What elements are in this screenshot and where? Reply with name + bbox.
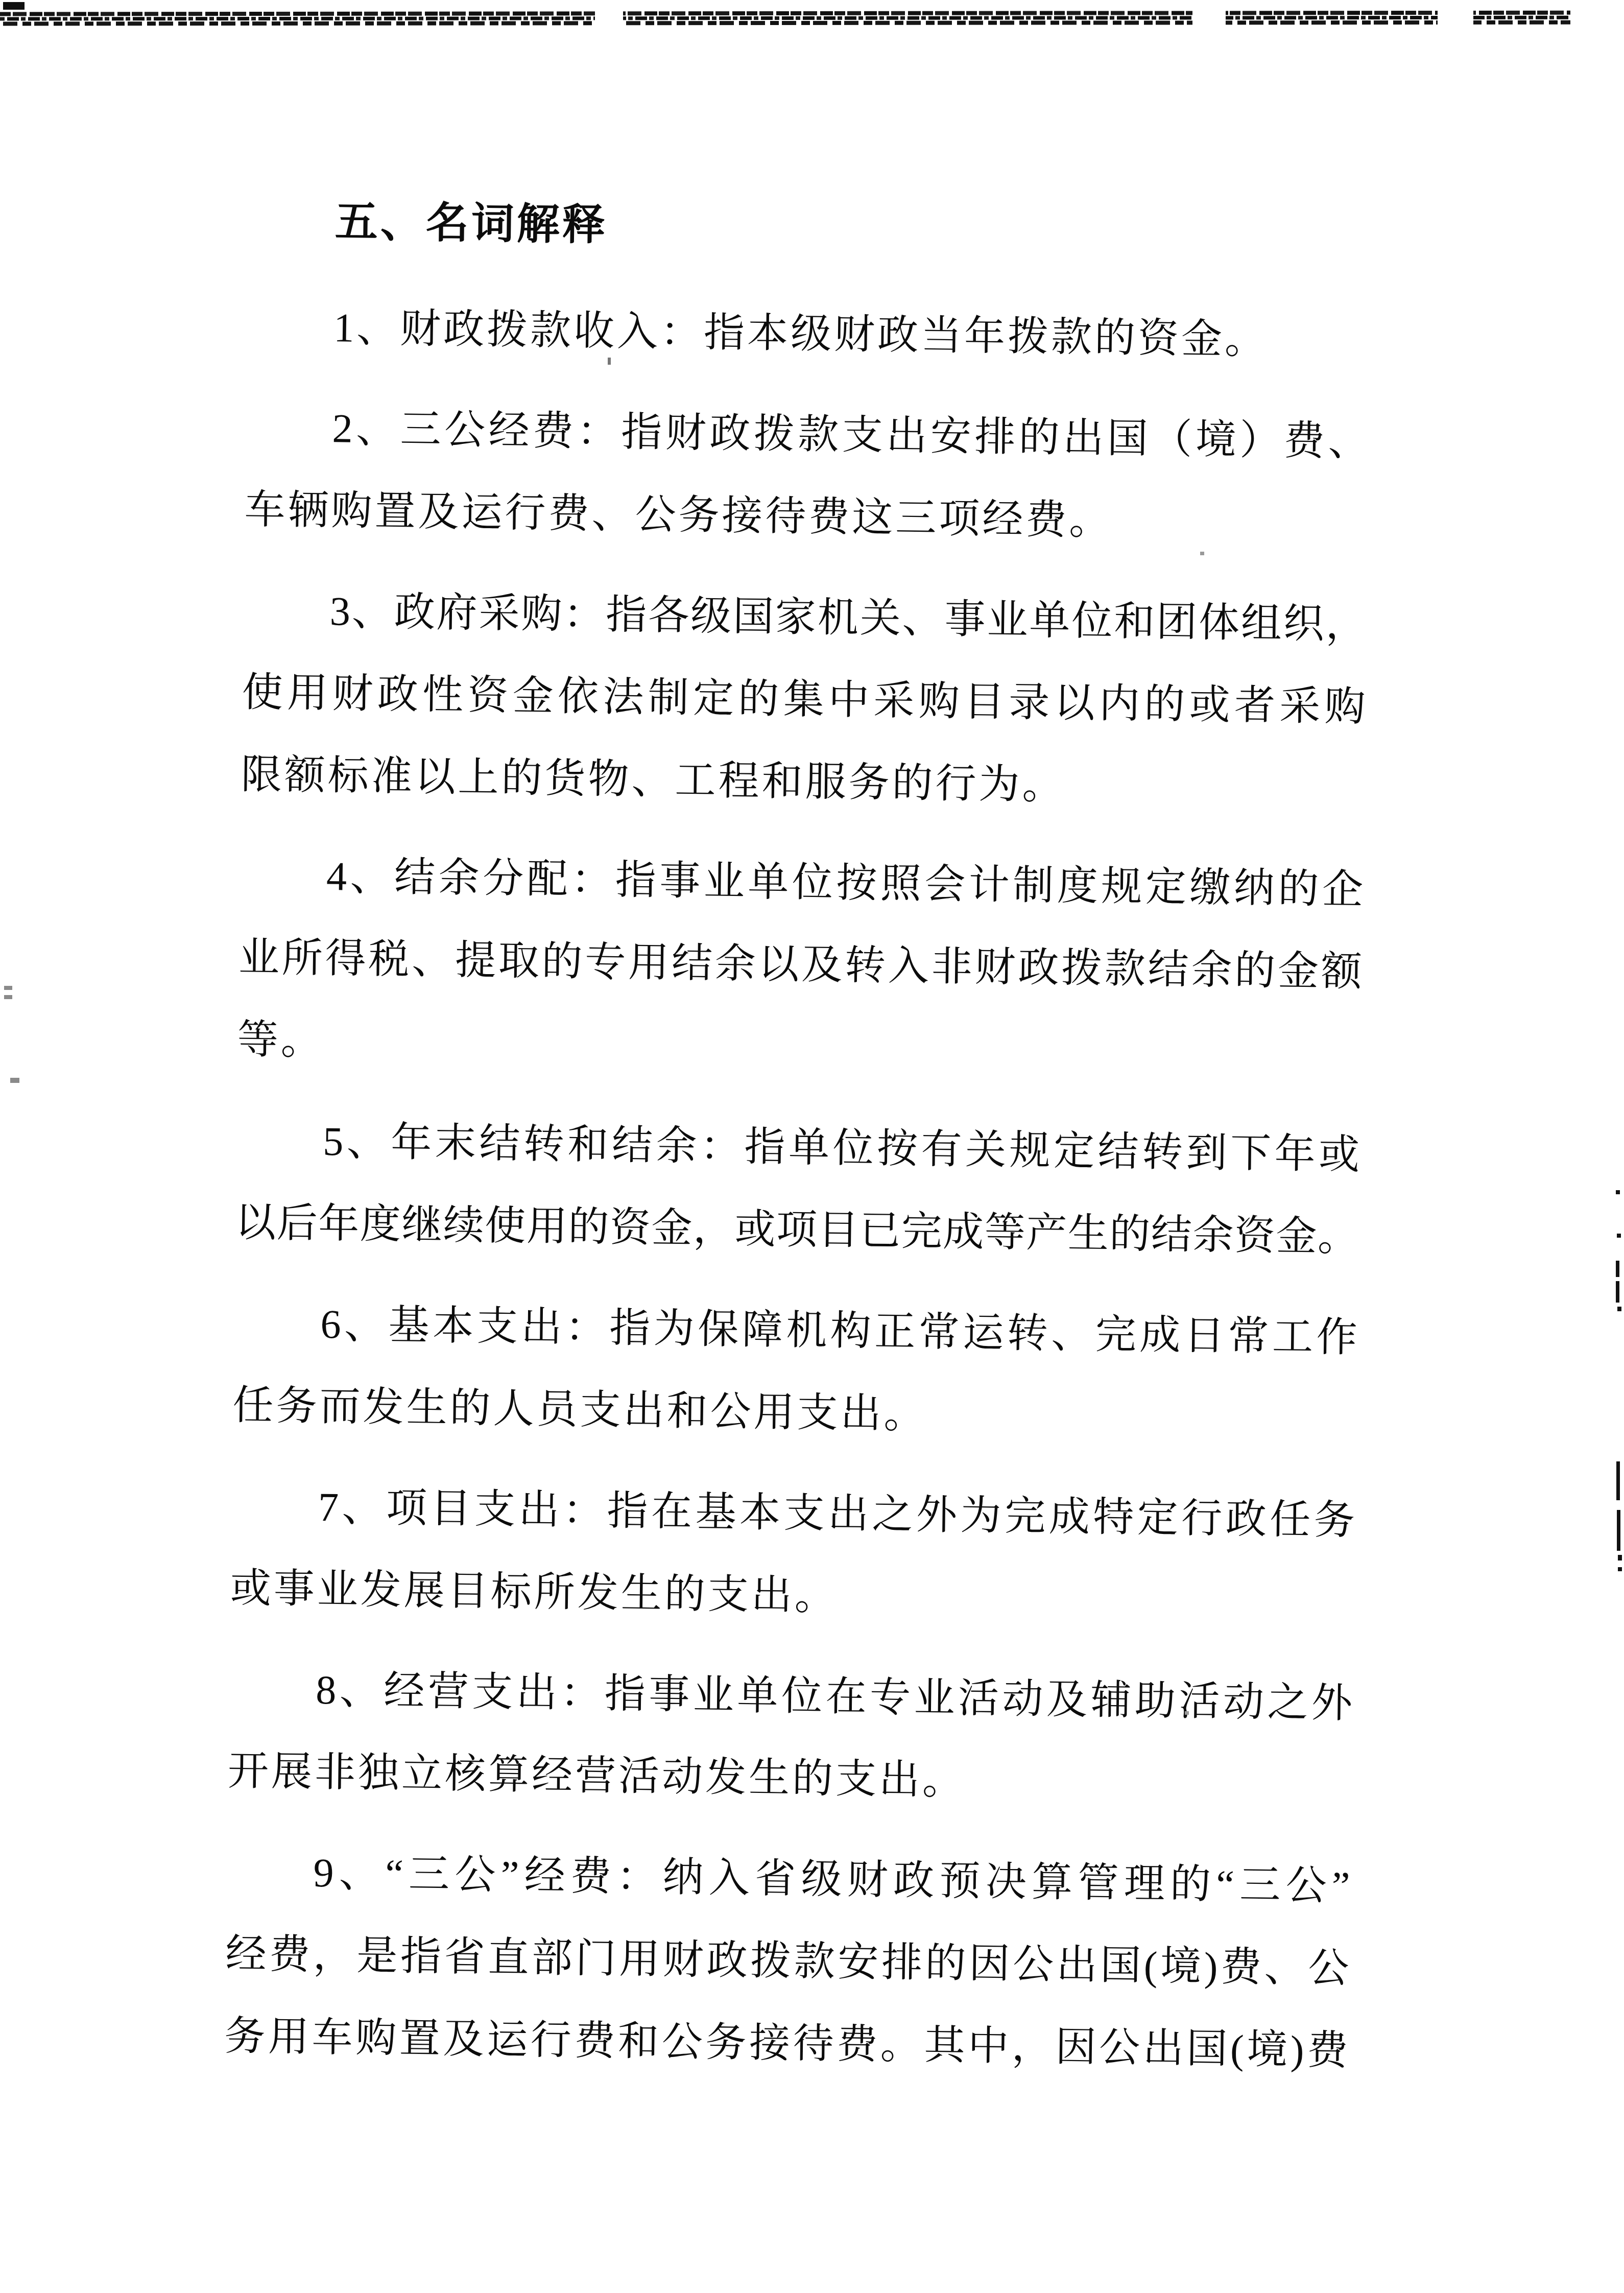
paragraph-list: 1、财政拨款收入：指本级财政当年拨款的资金。2、三公经费：指财政拨款支出安排的出… [224,286,1371,2092]
text-line: 或事业发展目标所发生的支出。 [230,1548,1354,1645]
scan-noise-gap [595,10,623,28]
glossary-paragraph: 9、“三公”经费：纳入省级财政预决算管理的“三公”经费，是指省直部门用财政拨款安… [224,1831,1350,2093]
text-line: 8、经营支出：指事业单位在专业活动及辅助活动之外 [228,1648,1353,1745]
scan-artifact-edge-dash [1618,1567,1622,1571]
text-line: 限额标准以上的货物、工程和服务的行为。 [241,734,1365,831]
text-line: 2、三公经费：指财政拨款支出安排的出国（境）费、 [245,387,1370,484]
scan-artifact-edge-dash [1616,1190,1620,1194]
glossary-paragraph: 6、基本支出：指为保障机构正常运转、完成日常工作任务而发生的人员支出和公用支出。 [232,1283,1358,1462]
scan-noise-gap [1192,10,1226,27]
text-line: 6、基本支出：指为保障机构正常运转、完成日常工作 [233,1283,1358,1380]
scan-noise-row [0,20,1624,26]
scan-artifact-edge-dash [1616,1261,1619,1277]
section-heading: 五、名词解释 [248,180,1372,277]
scan-noise-row [0,16,1624,21]
text-line: 5、年末结转和结余：指单位按有关规定结转到下年或 [235,1100,1360,1197]
scan-artifact-edge-dash [1616,1281,1619,1303]
scan-speck [10,1078,19,1083]
glossary-paragraph: 2、三公经费：指财政拨款支出安排的出国（境）费、车辆购置及运行费、公务接待费这三… [244,387,1369,566]
glossary-paragraph: 1、财政拨款收入：指本级财政当年拨款的资金。 [246,286,1371,383]
glossary-paragraph: 7、项目支出：指在基本支出之外为完成特定行政任务或事业发展目标所发生的支出。 [230,1465,1355,1645]
scan-artifact-edge-dash [1617,1234,1621,1238]
scan-artifact-corner-mark [3,2,25,10]
text-line: 经费，是指省直部门用财政拨款安排的因公出国(境)费、公 [225,1913,1349,2011]
text-line: 4、结余分配：指事业单位按照会计制度规定缴纳的企 [239,835,1364,932]
scan-speck [1200,552,1204,555]
text-line: 1、财政拨款收入：指本级财政当年拨款的资金。 [246,286,1371,383]
scan-noise-band [0,11,1624,28]
glossary-paragraph: 5、年末结转和结余：指单位按有关规定结转到下年或以后年度继续使用的资金，或项目已… [234,1100,1360,1279]
glossary-paragraph: 8、经营支出：指事业单位在专业活动及辅助活动之外开展非独立核算经营活动发生的支出… [227,1648,1353,1828]
glossary-paragraph: 4、结余分配：指事业单位按照会计制度规定缴纳的企业所得税、提取的专用结余以及转入… [237,835,1364,1096]
document-content: 五、名词解释 1、财政拨款收入：指本级财政当年拨款的资金。2、三公经费：指财政拨… [224,180,1372,2111]
scan-speck [4,995,12,999]
scan-artifact-edge-dash [1616,1461,1620,1500]
scan-artifact-edge-dash [1617,1510,1620,1551]
scan-noise-gap [1570,10,1624,27]
text-line: 务用车购置及运行费和公务接待费。其中，因公出国(境)费 [224,1996,1348,2093]
text-line: 业所得税、提取的专用结余以及转入非财政拨款结余的金额 [238,917,1363,1014]
scan-speck [4,986,12,990]
text-line: 7、项目支出：指在基本支出之外为完成特定行政任务 [231,1465,1355,1563]
glossary-paragraph: 3、政府采购：指各级国家机关、事业单位和团体组织，使用财政性资金依法制定的集中采… [241,570,1367,831]
scan-speck [1185,1711,1189,1715]
text-line: 使用财政性资金依法制定的集中采购目录以内的或者采购 [242,652,1366,749]
text-line: 以后年度继续使用的资金，或项目已完成等产生的结余资金。 [234,1182,1359,1279]
scanned-document-page: 五、名词解释 1、财政拨款收入：指本级财政当年拨款的资金。2、三公经费：指财政拨… [0,0,1624,2293]
text-line: 3、政府采购：指各级国家机关、事业单位和团体组织， [243,570,1367,667]
scan-noise-row [0,11,1624,16]
text-line: 开展非独立核算经营活动发生的支出。 [227,1731,1352,1828]
text-line: 9、“三公”经费：纳入省级财政预决算管理的“三公” [226,1831,1351,1928]
text-line: 任务而发生的人员支出和公用支出。 [232,1365,1357,1462]
scan-artifact-edge-dash [1618,1555,1622,1561]
scan-artifact-edge-dash [1617,1307,1621,1311]
scan-speck [608,358,611,365]
text-line: 等。 [237,999,1362,1096]
scan-noise-gap [1438,10,1473,27]
